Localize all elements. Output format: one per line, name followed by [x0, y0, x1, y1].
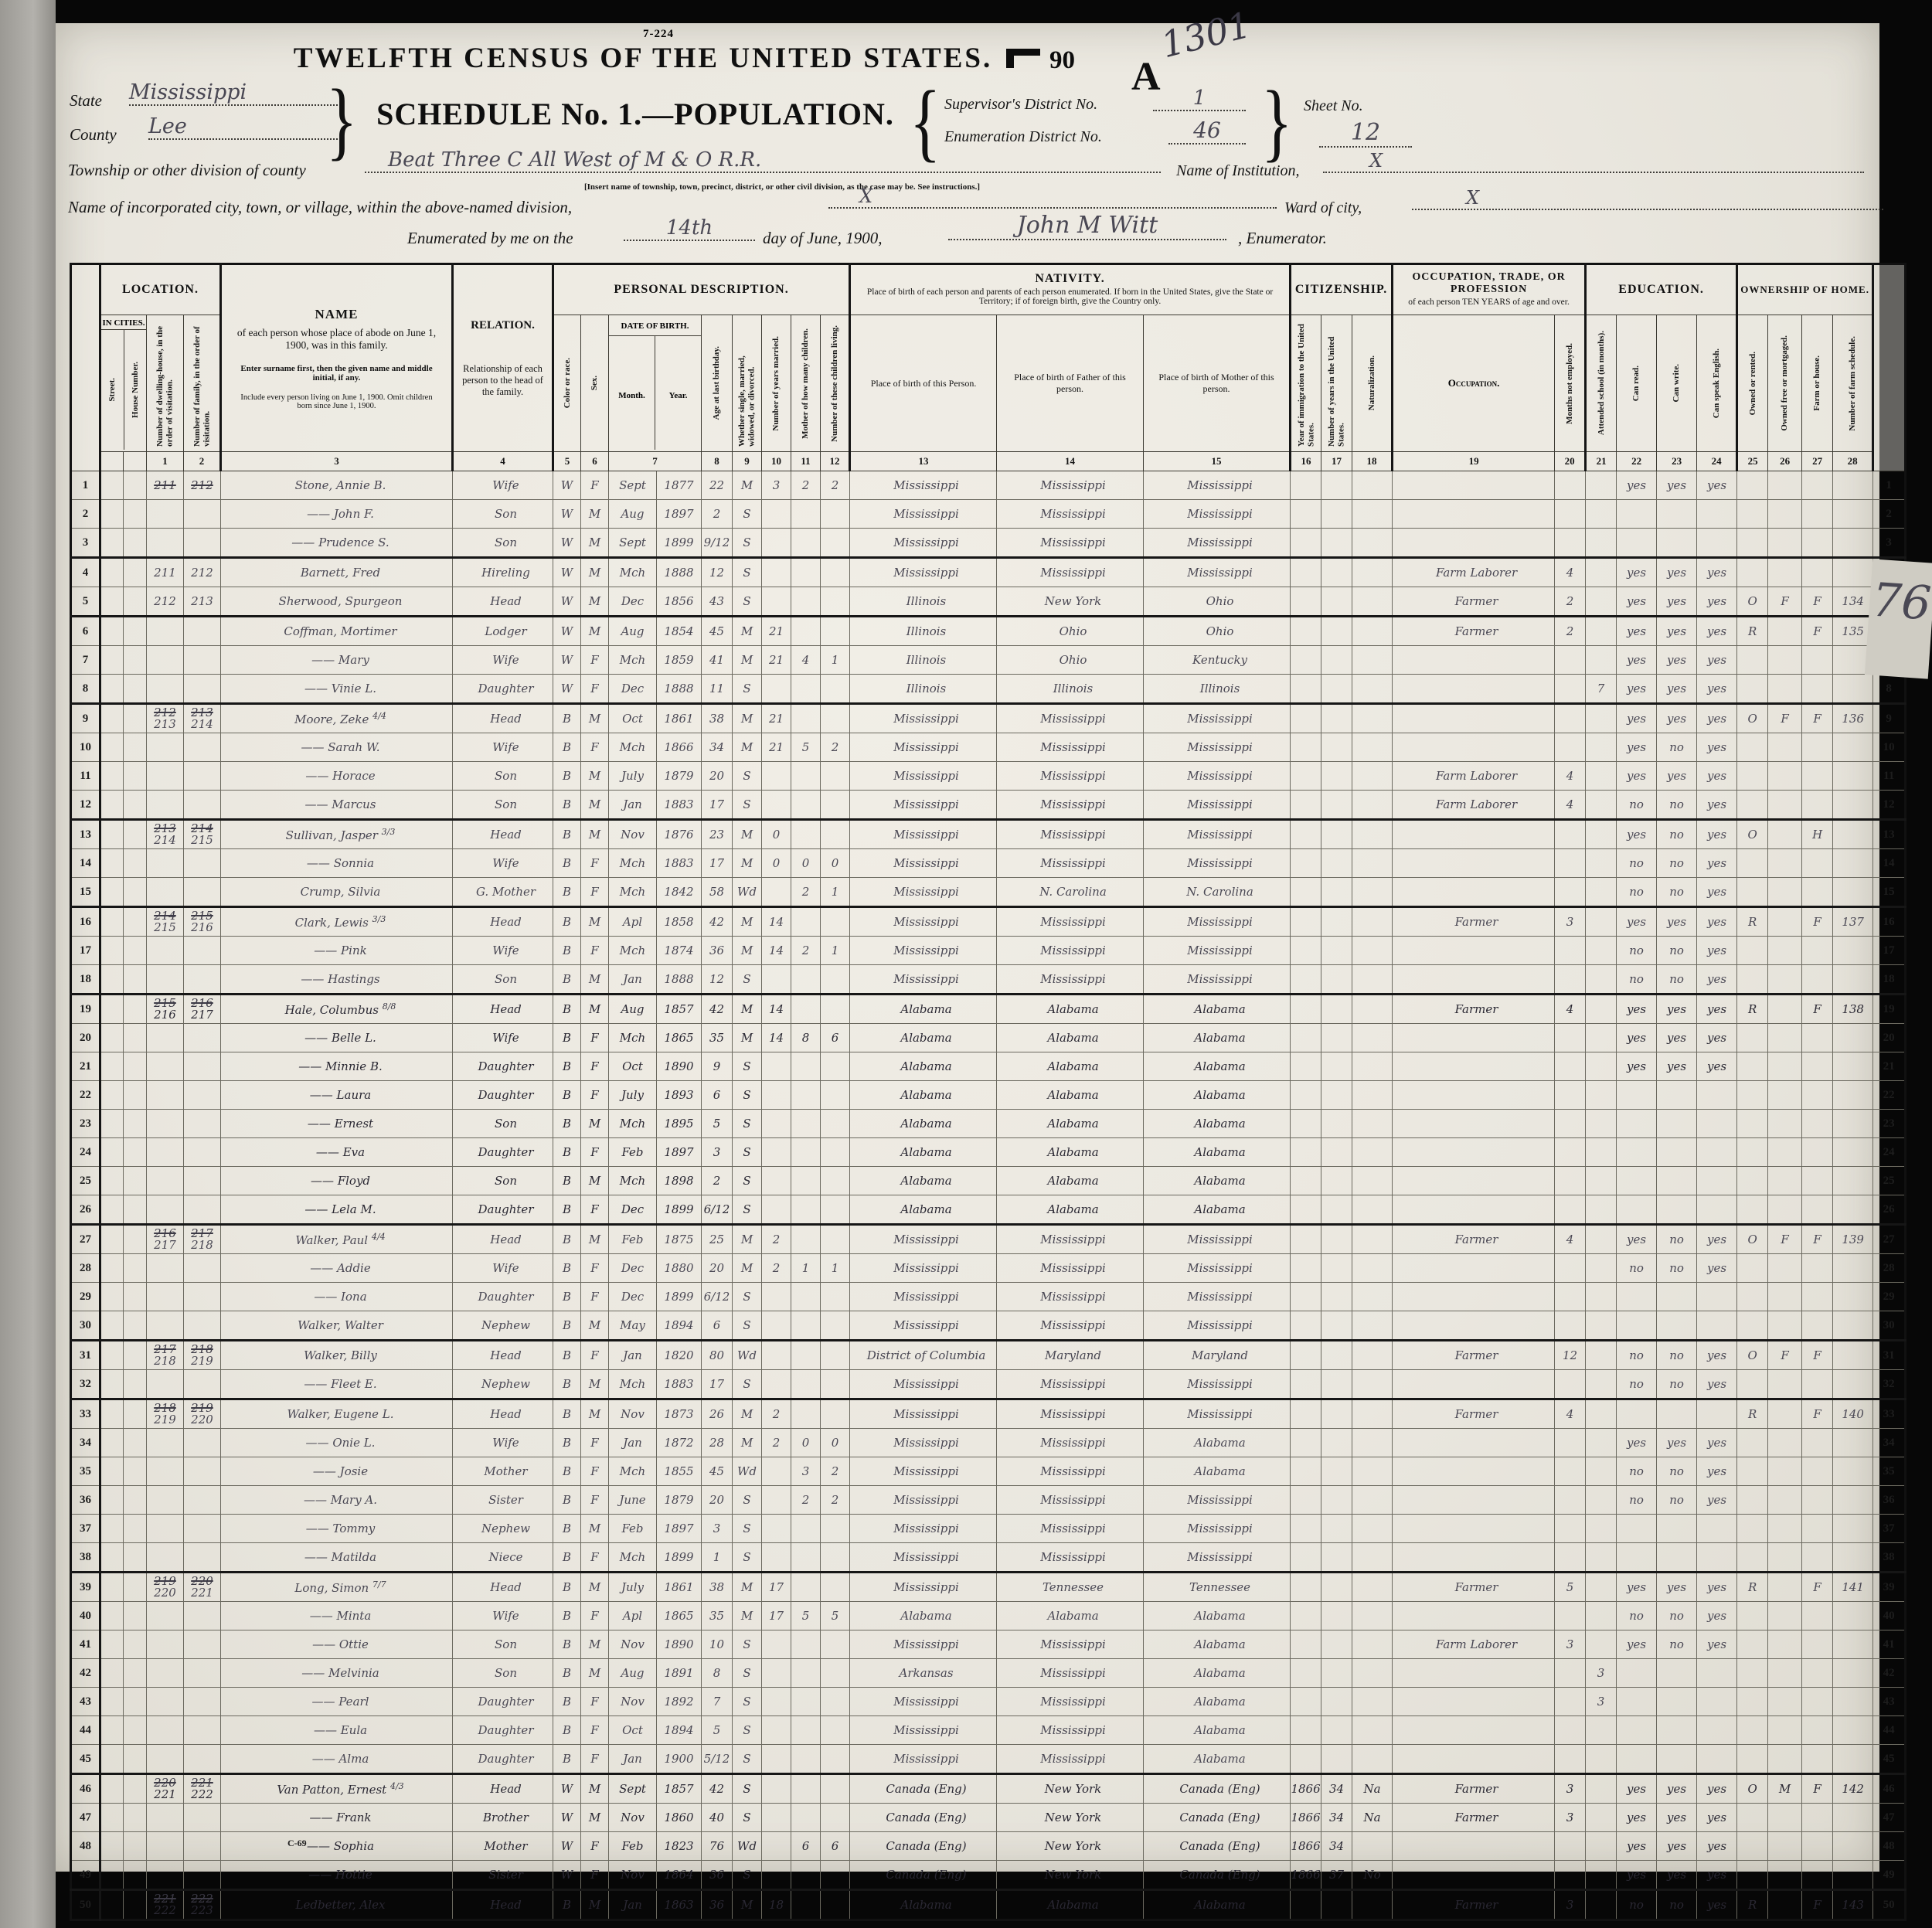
cell-ym — [762, 1283, 791, 1311]
cell-fs — [1833, 1341, 1873, 1370]
cell-s: M — [581, 500, 609, 529]
row-number-right: 9 — [1873, 704, 1906, 733]
cell-en — [1697, 1110, 1737, 1138]
cell-en — [1697, 1283, 1737, 1311]
cell-im — [1291, 558, 1321, 587]
cell-fs — [1833, 820, 1873, 849]
cell-oc — [1393, 1543, 1555, 1573]
cell-fam — [184, 1110, 221, 1138]
cell-fam: 213214 — [184, 704, 221, 733]
cell-ow — [1737, 1804, 1768, 1832]
cell-fr: M — [1768, 1774, 1802, 1804]
cell-yu — [1321, 1225, 1352, 1254]
row-number-right: 28 — [1873, 1254, 1906, 1283]
cell-s: M — [581, 1167, 609, 1195]
cell-dw: 215216 — [147, 995, 184, 1024]
cell-yr: 1894 — [657, 1716, 702, 1745]
cell-rel: Wife — [453, 471, 553, 500]
cell-ow — [1737, 1486, 1768, 1515]
cell-street — [100, 587, 124, 617]
cell-s: F — [581, 1254, 609, 1283]
row-number-right: 23 — [1873, 1110, 1906, 1138]
cell-rd: no — [1617, 849, 1657, 878]
cell-pf: Alabama — [997, 1890, 1144, 1920]
cell-name: —— Minta — [221, 1602, 453, 1630]
cell-yr: 1879 — [657, 762, 702, 791]
cell-wr: yes — [1657, 646, 1697, 675]
cell-im — [1291, 1602, 1321, 1630]
cell-fr — [1768, 1370, 1802, 1399]
nativity-sub: Place of birth of each person and parent… — [851, 286, 1289, 308]
column-naturalization: Naturalization. — [1352, 315, 1393, 452]
cell-age: 9 — [702, 1052, 733, 1081]
cell-sc — [1586, 1225, 1617, 1254]
cell-pm: Alabama — [1144, 1110, 1291, 1138]
cell-yr: 1858 — [657, 907, 702, 937]
cell-ow — [1737, 1195, 1768, 1225]
cell-house — [124, 1370, 147, 1399]
cell-name: Moore, Zeke 4/4 — [221, 704, 453, 733]
cell-yr: 1898 — [657, 1167, 702, 1195]
cell-sc — [1586, 1861, 1617, 1890]
column-mother-of: Mother of how many children. — [791, 315, 821, 452]
cell-mu — [1555, 937, 1586, 965]
cell-pf: Mississippi — [997, 1716, 1144, 1745]
cell-street — [100, 1024, 124, 1052]
cell-age: 7 — [702, 1688, 733, 1716]
cell-m: M — [733, 1024, 762, 1052]
cell-wr: no — [1657, 820, 1697, 849]
row-number-right: 35 — [1873, 1457, 1906, 1486]
cell-name: —— Ottie — [221, 1630, 453, 1659]
cell-en — [1697, 1399, 1737, 1429]
cell-mc — [791, 1341, 821, 1370]
cell-fam — [184, 1602, 221, 1630]
cell-dw — [147, 1716, 184, 1745]
cell-na — [1352, 965, 1393, 995]
cell-rd: yes — [1617, 1573, 1657, 1602]
cell-mu — [1555, 1081, 1586, 1110]
cell-fr — [1768, 791, 1802, 820]
cell-fam — [184, 675, 221, 704]
sheet-value: 12 — [1319, 119, 1412, 148]
cell-street — [100, 704, 124, 733]
cell-en — [1697, 1659, 1737, 1688]
cell-mu — [1555, 1745, 1586, 1774]
cell-im — [1291, 704, 1321, 733]
cell-pm: Mississippi — [1144, 1515, 1291, 1543]
row-number-left: 24 — [71, 1138, 100, 1167]
row-number-right: 33 — [1873, 1399, 1906, 1429]
cell-m: S — [733, 1167, 762, 1195]
cell-house — [124, 1602, 147, 1630]
table-row: 7—— MaryWifeWFMch185941M2141IllinoisOhio… — [71, 646, 1906, 675]
cell-fh — [1802, 675, 1833, 704]
row-number-left: 18 — [71, 965, 100, 995]
cell-ym — [762, 1110, 791, 1138]
cell-mo: Nov — [609, 1399, 657, 1429]
row-number-left: 35 — [71, 1457, 100, 1486]
cell-house — [124, 1024, 147, 1052]
cell-dw — [147, 1167, 184, 1195]
column-number-row: 12 3 4 56 7 89101112 131415 161718 1920 … — [71, 452, 1906, 471]
cell-cl: 1 — [821, 646, 850, 675]
cell-im — [1291, 1024, 1321, 1052]
cell-sc: 3 — [1586, 1659, 1617, 1688]
cell-fr — [1768, 849, 1802, 878]
cell-c: B — [553, 965, 581, 995]
cell-m: M — [733, 849, 762, 878]
cell-s: F — [581, 471, 609, 500]
cell-age: 17 — [702, 849, 733, 878]
cell-fh — [1802, 1457, 1833, 1486]
cell-rel: Daughter — [453, 1688, 553, 1716]
cell-wr: yes — [1657, 587, 1697, 617]
cell-im — [1291, 1543, 1321, 1573]
column-farm-schedule: Number of farm schedule. — [1833, 315, 1873, 452]
cell-dw: 211 — [147, 471, 184, 500]
cell-c: W — [553, 471, 581, 500]
cell-c: B — [553, 1283, 581, 1311]
cell-mo: Sept — [609, 1774, 657, 1804]
cell-pm: Alabama — [1144, 1195, 1291, 1225]
cell-yr: 1894 — [657, 1311, 702, 1341]
cell-fh — [1802, 1688, 1833, 1716]
cell-age: 2 — [702, 500, 733, 529]
cell-mc — [791, 1110, 821, 1138]
cell-oc — [1393, 1486, 1555, 1515]
cell-fh — [1802, 1254, 1833, 1283]
cell-ym — [762, 1311, 791, 1341]
cell-name: —— Sarah W. — [221, 733, 453, 762]
cell-dw — [147, 1457, 184, 1486]
cell-pb: Mississippi — [850, 878, 997, 907]
cell-street — [100, 791, 124, 820]
cell-wr: no — [1657, 1370, 1697, 1399]
cell-ym: 17 — [762, 1573, 791, 1602]
cell-house — [124, 1138, 147, 1167]
cell-pf: Mississippi — [997, 849, 1144, 878]
cell-yu — [1321, 995, 1352, 1024]
cell-house — [124, 1110, 147, 1138]
cell-ym — [762, 1774, 791, 1804]
stamp-mark-icon — [1006, 49, 1040, 68]
cell-mu: 3 — [1555, 1804, 1586, 1832]
cell-mo: Jan — [609, 965, 657, 995]
cell-ow — [1737, 675, 1768, 704]
cell-na — [1352, 558, 1393, 587]
cell-pf: Tennessee — [997, 1573, 1144, 1602]
cell-mu: 4 — [1555, 791, 1586, 820]
cell-mu — [1555, 1283, 1586, 1311]
cell-oc — [1393, 878, 1555, 907]
cell-age: 10 — [702, 1630, 733, 1659]
cell-oc — [1393, 1311, 1555, 1341]
cell-house — [124, 1804, 147, 1832]
cell-pm: Mississippi — [1144, 1283, 1291, 1311]
table-row: 40—— MintaWifeBFApl186535M1755AlabamaAla… — [71, 1602, 1906, 1630]
cell-oc: Farmer — [1393, 1573, 1555, 1602]
cell-rd: yes — [1617, 762, 1657, 791]
cell-pm: Alabama — [1144, 1081, 1291, 1110]
cell-house — [124, 471, 147, 500]
cell-mu — [1555, 646, 1586, 675]
cell-fr — [1768, 1659, 1802, 1688]
cell-mu — [1555, 849, 1586, 878]
cell-ym: 0 — [762, 849, 791, 878]
cell-mo: Aug — [609, 1659, 657, 1688]
cell-wr — [1657, 1138, 1697, 1167]
cell-pm: Alabama — [1144, 1659, 1291, 1688]
cell-mc — [791, 791, 821, 820]
cell-mc: 2 — [791, 1486, 821, 1515]
cell-mo: Mch — [609, 1024, 657, 1052]
cell-en — [1697, 529, 1737, 558]
cell-mu: 3 — [1555, 1890, 1586, 1920]
cell-sc — [1586, 1890, 1617, 1920]
cell-sc — [1586, 1341, 1617, 1370]
cell-age: 6/12 — [702, 1283, 733, 1311]
cell-en: yes — [1697, 1890, 1737, 1920]
cell-pm: Mississippi — [1144, 471, 1291, 500]
cell-wr: no — [1657, 1225, 1697, 1254]
cell-pm: Tennessee — [1144, 1573, 1291, 1602]
cell-m: S — [733, 1774, 762, 1804]
cell-sc — [1586, 1081, 1617, 1110]
cell-sc — [1586, 529, 1617, 558]
sheet-label: Sheet No. — [1304, 97, 1363, 115]
cell-c: B — [553, 1890, 581, 1920]
cell-name: Walker, Billy — [221, 1341, 453, 1370]
cell-mu — [1555, 471, 1586, 500]
cell-name: Coffman, Mortimer — [221, 617, 453, 646]
cell-fs — [1833, 937, 1873, 965]
cell-fh: F — [1802, 704, 1833, 733]
cell-s: M — [581, 1399, 609, 1429]
cell-mu — [1555, 1659, 1586, 1688]
row-number-left: 22 — [71, 1081, 100, 1110]
cell-yr: 1857 — [657, 1774, 702, 1804]
cell-c: B — [553, 1573, 581, 1602]
cell-en: yes — [1697, 704, 1737, 733]
cell-en: yes — [1697, 733, 1737, 762]
cell-ym: 14 — [762, 1024, 791, 1052]
cell-fh — [1802, 1429, 1833, 1457]
cell-pb: Mississippi — [850, 1457, 997, 1486]
cell-mc — [791, 1515, 821, 1543]
cell-name: —— Frank — [221, 1804, 453, 1832]
cell-en: yes — [1697, 1602, 1737, 1630]
cell-im — [1291, 1457, 1321, 1486]
column-pob-father: Place of birth of Father of this person. — [997, 315, 1144, 452]
plate-code: C-69 — [287, 1838, 307, 1849]
cell-fs — [1833, 1457, 1873, 1486]
cell-dw — [147, 1804, 184, 1832]
cell-fam — [184, 878, 221, 907]
cell-wr: no — [1657, 937, 1697, 965]
cell-house — [124, 1429, 147, 1457]
cell-oc — [1393, 1195, 1555, 1225]
cell-wr: no — [1657, 1602, 1697, 1630]
cell-oc — [1393, 1457, 1555, 1486]
cell-sc — [1586, 1804, 1617, 1832]
cell-house — [124, 791, 147, 820]
cell-mc — [791, 587, 821, 617]
cell-mc: 6 — [791, 1832, 821, 1861]
cell-en: yes — [1697, 1832, 1737, 1861]
cell-m: S — [733, 500, 762, 529]
cell-cl — [821, 1573, 850, 1602]
cell-mu — [1555, 1254, 1586, 1283]
cell-na — [1352, 1195, 1393, 1225]
cell-rel: G. Mother — [453, 878, 553, 907]
cell-s: M — [581, 995, 609, 1024]
table-row: 14—— SonniaWifeBFMch188317M000Mississipp… — [71, 849, 1906, 878]
cell-m: S — [733, 587, 762, 617]
cell-en: yes — [1697, 1052, 1737, 1081]
cell-mc — [791, 965, 821, 995]
cell-dw — [147, 1138, 184, 1167]
cell-pb: Alabama — [850, 1602, 997, 1630]
cell-house — [124, 1225, 147, 1254]
row-number-right: 44 — [1873, 1716, 1906, 1745]
scanned-census-page: { "form": { "code": "7-224", "census_tit… — [0, 0, 1932, 1928]
cell-house — [124, 937, 147, 965]
cell-oc: Farm Laborer — [1393, 791, 1555, 820]
cell-mu: 4 — [1555, 1399, 1586, 1429]
cell-mc — [791, 907, 821, 937]
row-number-left: 6 — [71, 617, 100, 646]
cell-street — [100, 937, 124, 965]
row-number-right: 18 — [1873, 965, 1906, 995]
cell-rel: Wife — [453, 1602, 553, 1630]
cell-house — [124, 1890, 147, 1920]
cell-fr — [1768, 1138, 1802, 1167]
cell-cl — [821, 1195, 850, 1225]
cell-ym — [762, 1688, 791, 1716]
cell-fam — [184, 1429, 221, 1457]
cell-pb: Mississippi — [850, 1399, 997, 1429]
cell-c: B — [553, 1602, 581, 1630]
cell-pm: Alabama — [1144, 1630, 1291, 1659]
cell-name: —— Belle L. — [221, 1024, 453, 1052]
cell-na — [1352, 878, 1393, 907]
cell-rel: Son — [453, 500, 553, 529]
cell-dw — [147, 1486, 184, 1515]
cell-m: Wd — [733, 1832, 762, 1861]
cell-oc: Farmer — [1393, 995, 1555, 1024]
name-note1: Enter surname first, then the given name… — [233, 364, 440, 383]
cell-mc: 0 — [791, 849, 821, 878]
cell-fr — [1768, 1804, 1802, 1832]
column-immigration: Year of immigration to the United States… — [1291, 315, 1321, 452]
cell-ym — [762, 1745, 791, 1774]
cell-pf: Mississippi — [997, 791, 1144, 820]
cell-age: 76 — [702, 1832, 733, 1861]
cell-pm: Mississippi — [1144, 1486, 1291, 1515]
cell-pb: Mississippi — [850, 1745, 997, 1774]
cell-cl — [821, 1890, 850, 1920]
cell-fr — [1768, 1745, 1802, 1774]
cell-pf: Mississippi — [997, 1283, 1144, 1311]
cell-yr: 1863 — [657, 1890, 702, 1920]
cell-fs — [1833, 1543, 1873, 1573]
row-number-left: 43 — [71, 1688, 100, 1716]
cell-m: M — [733, 646, 762, 675]
cell-name: —— Lela M. — [221, 1195, 453, 1225]
cell-mo: Mch — [609, 937, 657, 965]
cell-pm: Mississippi — [1144, 1370, 1291, 1399]
cell-fr — [1768, 1688, 1802, 1716]
cell-street — [100, 1429, 124, 1457]
cell-name: —— Tommy — [221, 1515, 453, 1543]
cell-rel: Head — [453, 1774, 553, 1804]
cell-pm: Mississippi — [1144, 529, 1291, 558]
cell-yr: 1880 — [657, 1254, 702, 1283]
cell-mc — [791, 762, 821, 791]
cell-mc: 5 — [791, 733, 821, 762]
cell-rel: Mother — [453, 1457, 553, 1486]
cell-sc: 3 — [1586, 1688, 1617, 1716]
cell-fs — [1833, 1110, 1873, 1138]
cell-fr — [1768, 878, 1802, 907]
cell-fh — [1802, 1311, 1833, 1341]
cell-mc — [791, 617, 821, 646]
cell-pb: Mississippi — [850, 820, 997, 849]
cell-pm: Mississippi — [1144, 965, 1291, 995]
cell-ym: 2 — [762, 1254, 791, 1283]
cell-na — [1352, 617, 1393, 646]
cell-im — [1291, 1370, 1321, 1399]
column-pob-mother: Place of birth of Mother of this person. — [1144, 315, 1291, 452]
cell-en: yes — [1697, 907, 1737, 937]
cell-age: 6/12 — [702, 1195, 733, 1225]
cell-fh: F — [1802, 995, 1833, 1024]
cell-rel: Daughter — [453, 1283, 553, 1311]
cell-sc — [1586, 471, 1617, 500]
cell-mo: Jan — [609, 1745, 657, 1774]
table-row: 48—— SophiaMotherWFFeb182376Wd66Canada (… — [71, 1832, 1906, 1861]
cell-yr: 1861 — [657, 704, 702, 733]
cell-age: 20 — [702, 1486, 733, 1515]
table-row: 27216217217218Walker, Paul 4/4HeadBMFeb1… — [71, 1225, 1906, 1254]
table-row: 1211212Stone, Annie B.WifeWFSept187722M3… — [71, 471, 1906, 500]
cell-pb: Mississippi — [850, 733, 997, 762]
cell-sc — [1586, 1052, 1617, 1081]
cell-ym — [762, 1861, 791, 1890]
cell-pb: Mississippi — [850, 1630, 997, 1659]
cell-fam — [184, 849, 221, 878]
cell-en: yes — [1697, 1429, 1737, 1457]
cell-mo: Sept — [609, 471, 657, 500]
cell-dw — [147, 1543, 184, 1573]
cell-street — [100, 849, 124, 878]
cell-dw — [147, 1688, 184, 1716]
cell-ow — [1737, 1311, 1768, 1341]
cell-yu — [1321, 1659, 1352, 1688]
cell-fam — [184, 1370, 221, 1399]
cell-s: M — [581, 1311, 609, 1341]
cell-fs — [1833, 500, 1873, 529]
cell-im — [1291, 471, 1321, 500]
cell-house — [124, 617, 147, 646]
cell-yr: 1873 — [657, 1399, 702, 1429]
enumerated-label-2: day of June, 1900, — [763, 229, 883, 248]
cell-yr: 1866 — [657, 733, 702, 762]
cell-rd — [1617, 1659, 1657, 1688]
cell-sc — [1586, 1399, 1617, 1429]
cell-m: Wd — [733, 1457, 762, 1486]
